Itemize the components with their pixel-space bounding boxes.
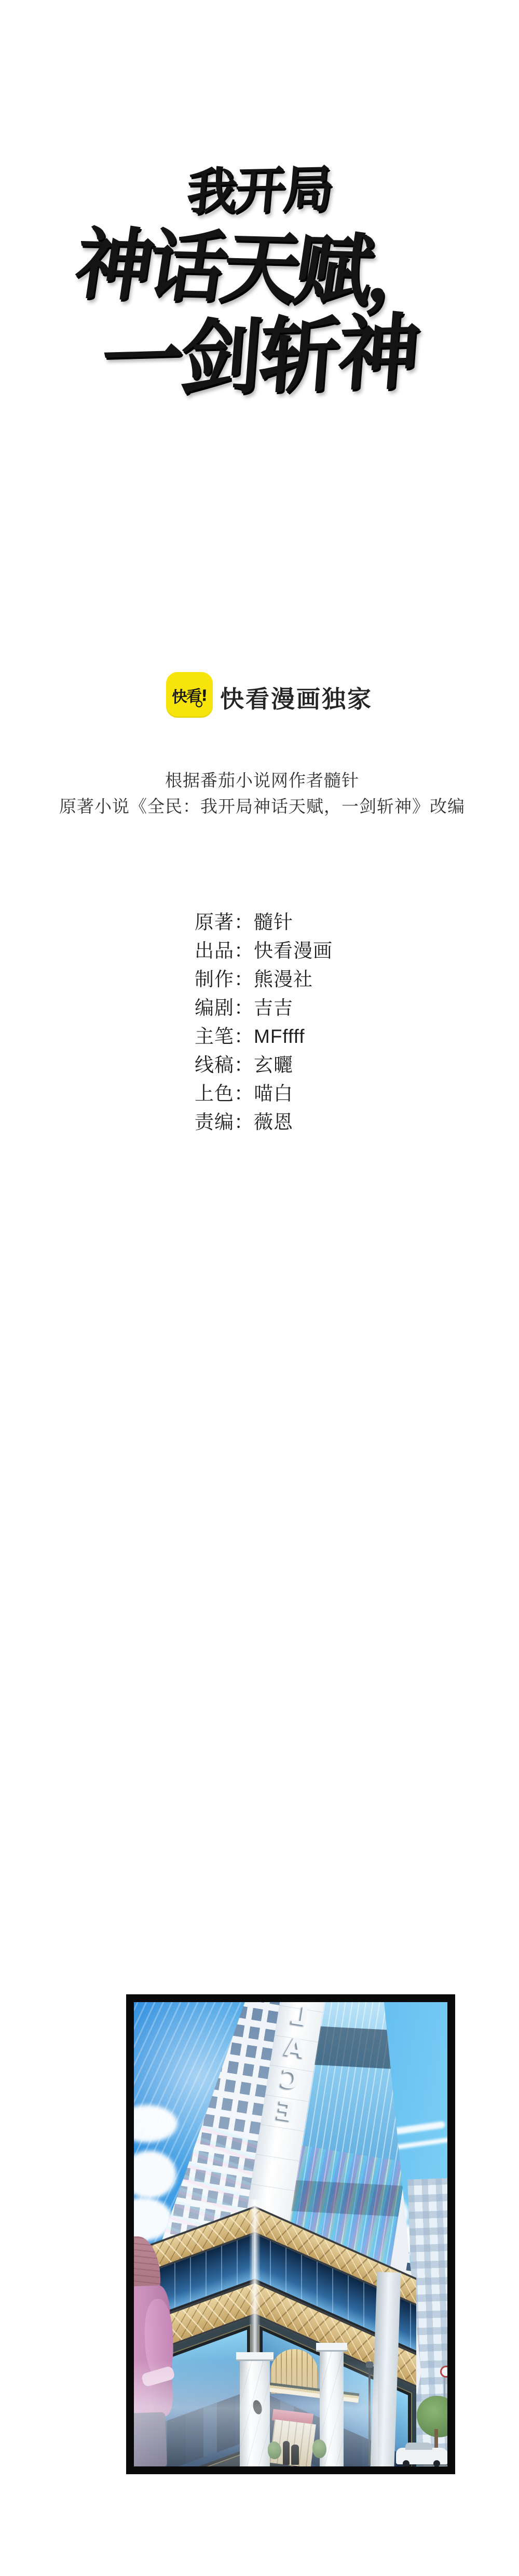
comic-panel-frame: PALACE (126, 1994, 455, 2474)
credit-editor: 责编：薇恩 (195, 1108, 333, 1136)
pedestrian-silhouette (283, 2441, 290, 2465)
credit-studio: 制作：熊漫社 (195, 965, 333, 994)
comic-panel-artwork: PALACE (134, 2002, 447, 2466)
credit-lineart: 线稿：玄曬 (195, 1051, 333, 1079)
comic-title-page: 我开局 神话天赋， 一剑斩神 快看! 快看漫画独家 根据番茄小说网作者髓针 原著… (0, 0, 519, 2576)
pedestrian-pants (134, 2412, 167, 2466)
credit-original-author: 原著：髓针 (195, 908, 333, 936)
publisher-exclusive-label: 快看漫画独家 (220, 680, 373, 715)
column-ink-blemish (252, 2399, 264, 2415)
credits-list: 原著：髓针 出品：快看漫画 制作：熊漫社 编剧：吉吉 主笔：MFffff 线稿：… (195, 908, 333, 1136)
glass-shadow-band (292, 2180, 403, 2217)
adaptation-source-line: 根据番茄小说网作者髓针 (0, 767, 519, 791)
series-title-line-3: 一剑斩神 (0, 284, 519, 416)
street-lamp (368, 2366, 371, 2465)
credit-screenwriter: 编剧：吉吉 (195, 994, 333, 1022)
parked-car (396, 2448, 447, 2464)
credit-lead-artist: 主笔：MFffff (195, 1022, 333, 1051)
pink-coat-pedestrian (134, 2235, 186, 2466)
car-wheel (403, 2460, 409, 2466)
street-lamp-head (366, 2362, 373, 2368)
car-cabin (405, 2443, 432, 2450)
entrance-plant (312, 2439, 326, 2458)
kuaikan-logo-coin-detail (196, 701, 202, 707)
pedestrian-silhouette (291, 2445, 299, 2465)
car-wheel (433, 2460, 440, 2466)
marble-column (240, 2359, 270, 2466)
credit-producer: 出品：快看漫画 (195, 936, 333, 965)
entrance-plant (268, 2441, 281, 2459)
credit-coloring: 上色：喵白 (195, 1079, 333, 1108)
adaptation-novel-line: 原著小说《全民：我开局神话天赋，一剑斩神》改编 (0, 793, 519, 817)
kuaikan-logo-icon: 快看! (166, 672, 213, 718)
